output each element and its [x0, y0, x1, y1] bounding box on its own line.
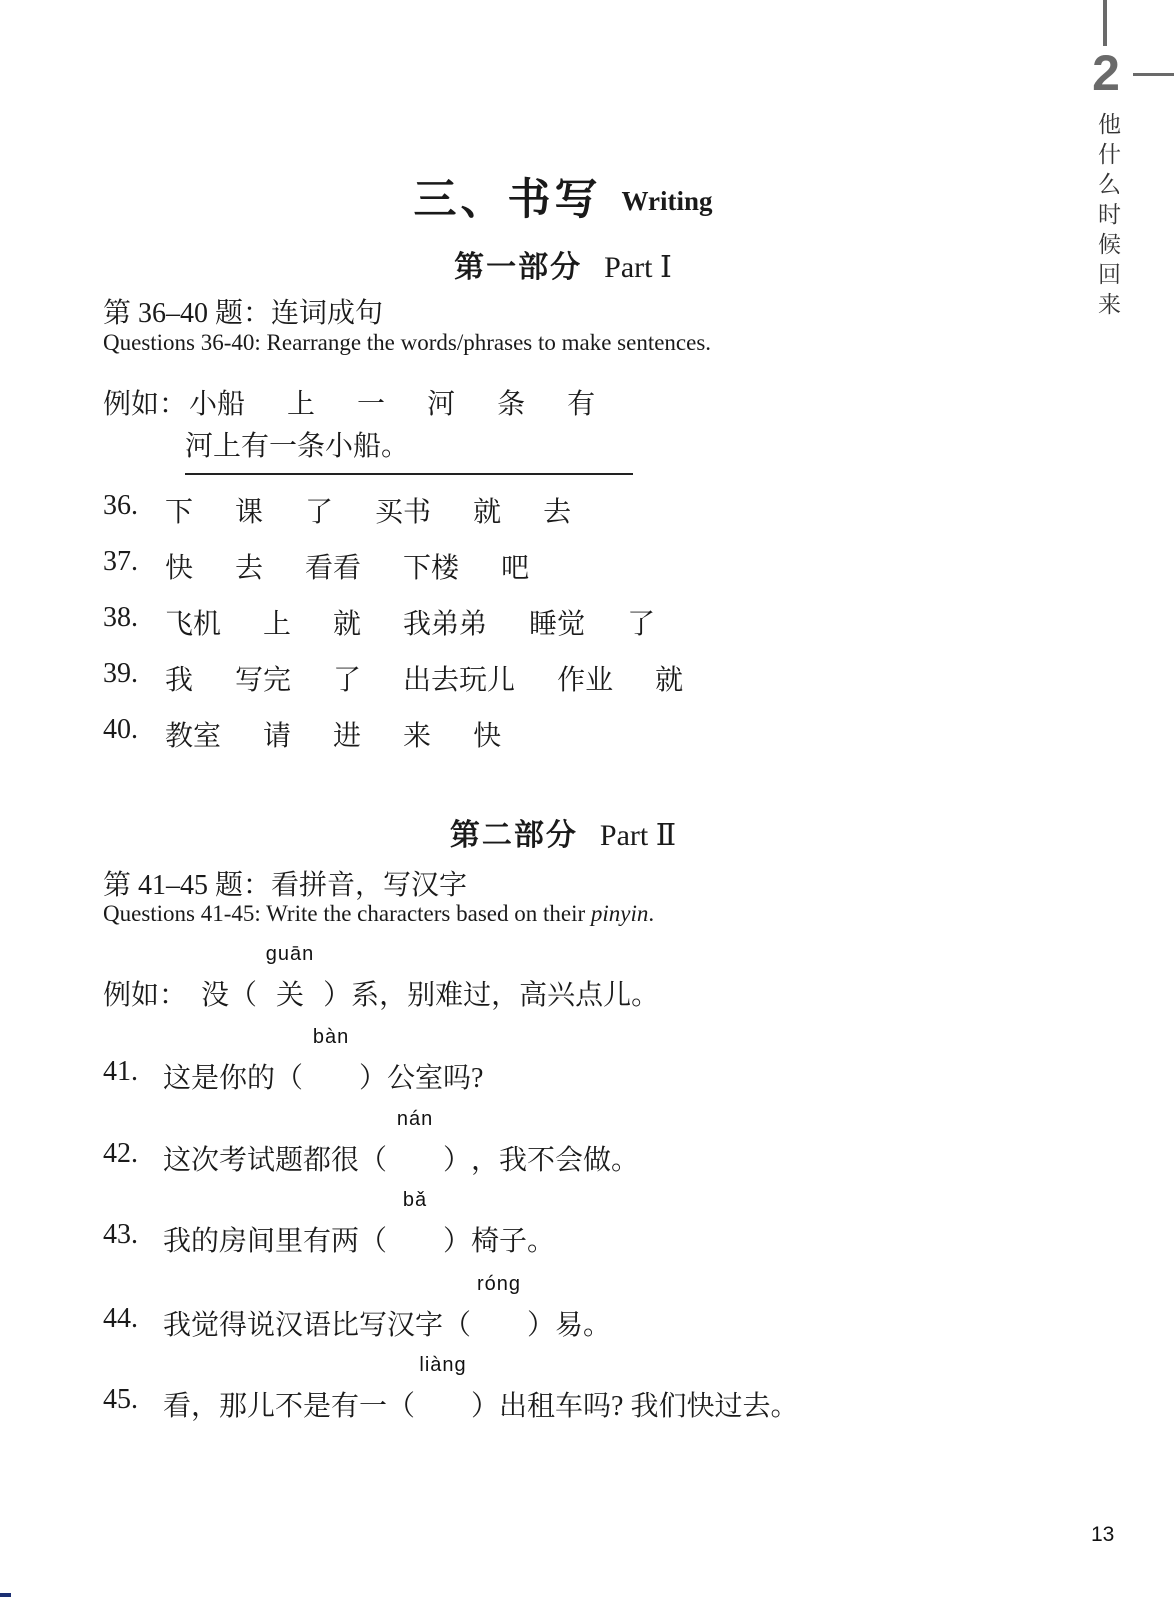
word: 买书	[375, 490, 431, 530]
word: 写完	[235, 658, 291, 698]
word: 去	[235, 546, 263, 586]
page-number: 13	[1091, 1523, 1114, 1547]
sentence-pre: 看，那儿不是有一	[163, 1391, 387, 1422]
word: 快	[165, 546, 193, 586]
part2-instruction-en: Questions 41-45: Write the characters ba…	[103, 901, 654, 927]
sentence-post: 椅子。	[471, 1226, 555, 1257]
question-number: 41.	[103, 1056, 163, 1088]
word: 条	[497, 382, 525, 422]
pinyin-hint: nán	[397, 1108, 433, 1131]
open-paren: （	[359, 1226, 387, 1257]
word: 有	[567, 382, 595, 422]
pinyin-hint: bǎ	[403, 1189, 427, 1212]
question-row: 42. 这次考试题都很nán（），我不会做。	[103, 1138, 639, 1178]
instruction-en-suffix: .	[648, 901, 654, 926]
question-sentence: 我觉得说汉语比写汉字róng（）易。	[163, 1303, 611, 1343]
word: 教室	[165, 714, 221, 754]
close-paren: ）	[527, 1310, 555, 1341]
pinyin-hint: guān	[266, 943, 315, 966]
question-number: 42.	[103, 1138, 163, 1170]
sentence-pre: 没	[201, 980, 229, 1011]
part1-instruction-cn: 第 36–40 题：连词成句	[103, 291, 383, 331]
section-title-cn: 三、书写	[413, 176, 601, 224]
question-row: 36. 下 课 了 买书 就 去	[103, 490, 571, 530]
close-paren: ）	[359, 1063, 387, 1094]
blank-parens: nán（）	[359, 1138, 471, 1178]
word: 看看	[305, 546, 361, 586]
blank-parens: guān（关）	[229, 973, 351, 1013]
word: 我	[165, 658, 193, 698]
example-label: 例如：	[103, 382, 187, 422]
sentence-post: 公室吗?	[387, 1063, 483, 1094]
word: 出去玩儿	[403, 658, 515, 698]
close-paren: ）	[323, 980, 351, 1011]
chapter-tab-vertical-rule	[1103, 0, 1107, 46]
blank-parens: bàn（）	[275, 1056, 387, 1096]
question-number: 44.	[103, 1303, 163, 1335]
word: 下	[165, 490, 193, 530]
word: 了	[333, 658, 361, 698]
word: 吧	[501, 546, 529, 586]
open-paren: （	[443, 1310, 471, 1341]
part2-example-row: 例如： 没guān（关）系，别难过，高兴点儿。	[103, 973, 659, 1013]
question-row: 41. 这是你的bàn（）公室吗?	[103, 1056, 483, 1096]
question-row: 37. 快 去 看看 下楼 吧	[103, 546, 529, 586]
word: 河	[427, 382, 455, 422]
sentence-pre: 我觉得说汉语比写汉字	[163, 1310, 443, 1341]
word: 课	[235, 490, 263, 530]
chapter-tab-dash-rule	[1133, 73, 1174, 76]
word: 飞机	[165, 602, 221, 642]
pinyin-hint: róng	[477, 1273, 521, 1296]
question-number: 43.	[103, 1219, 163, 1251]
part1-title: 第一部分Part Ⅰ	[103, 242, 1023, 286]
question-row: 43. 我的房间里有两bǎ（）椅子。	[103, 1219, 555, 1259]
blank-parens: liàng（）	[387, 1384, 499, 1424]
question-sentence: 看，那儿不是有一liàng（）出租车吗? 我们快过去。	[163, 1384, 798, 1424]
part2-title-en: Part Ⅱ	[600, 819, 676, 852]
question-row: 39. 我 写完 了 出去玩儿 作业 就	[103, 658, 683, 698]
question-number: 36.	[103, 490, 163, 522]
word-row: 飞机 上 就 我弟弟 睡觉 了	[165, 602, 655, 642]
word: 上	[287, 382, 315, 422]
open-paren: （	[275, 1063, 303, 1094]
word: 进	[333, 714, 361, 754]
word: 去	[543, 490, 571, 530]
open-paren: （	[229, 980, 257, 1011]
word: 作业	[557, 658, 613, 698]
chapter-vertical-title: 他什么时候回来	[1092, 112, 1125, 322]
blank-parens: róng（）	[443, 1303, 555, 1343]
example-answer-character: 关	[257, 973, 323, 1013]
word-row: 我 写完 了 出去玩儿 作业 就	[165, 658, 683, 698]
word: 就	[473, 490, 501, 530]
word: 上	[263, 602, 291, 642]
open-paren: （	[359, 1145, 387, 1176]
question-number: 39.	[103, 658, 163, 690]
close-paren: ）	[443, 1145, 471, 1176]
word: 快	[473, 714, 501, 754]
example-label: 例如：	[103, 973, 187, 1013]
question-sentence: 这是你的bàn（）公室吗?	[163, 1056, 483, 1096]
word-row: 教室 请 进 来 快	[165, 714, 501, 754]
part1-title-cn: 第一部分	[454, 251, 582, 284]
pinyin-hint: bàn	[313, 1026, 349, 1049]
close-paren: ）	[443, 1226, 471, 1257]
question-number: 45.	[103, 1384, 163, 1416]
word: 小船	[189, 382, 245, 422]
sentence-pre: 这次考试题都很	[163, 1145, 359, 1176]
example-sentence: 没guān（关）系，别难过，高兴点儿。	[201, 973, 659, 1013]
close-paren: ）	[471, 1391, 499, 1422]
open-paren: （	[387, 1391, 415, 1422]
part1-example-words-row: 例如： 小船 上 一 河 条 有	[103, 382, 595, 422]
word: 就	[655, 658, 683, 698]
question-number: 37.	[103, 546, 163, 578]
part1-example-answer: 河上有一条小船。	[185, 424, 633, 475]
word: 下楼	[403, 546, 459, 586]
word: 来	[403, 714, 431, 754]
textbook-page: 三、书写Writing 第一部分Part Ⅰ 第 36–40 题：连词成句 Qu…	[0, 0, 1176, 1606]
part1-title-en: Part Ⅰ	[604, 251, 672, 284]
part1-instruction-en: Questions 36-40: Rearrange the words/phr…	[103, 330, 711, 356]
example-word-row: 小船 上 一 河 条 有	[189, 382, 595, 422]
sentence-pre: 我的房间里有两	[163, 1226, 359, 1257]
sentence-post: ，我不会做。	[471, 1145, 639, 1176]
instruction-en-pinyin-word: pinyin	[591, 901, 649, 926]
question-row: 40. 教室 请 进 来 快	[103, 714, 501, 754]
question-sentence: 我的房间里有两bǎ（）椅子。	[163, 1219, 555, 1259]
word: 睡觉	[529, 602, 585, 642]
word: 了	[305, 490, 333, 530]
question-number: 40.	[103, 714, 163, 746]
sentence-pre: 这是你的	[163, 1063, 275, 1094]
section-title-en: Writing	[621, 186, 712, 216]
pinyin-hint: liàng	[419, 1354, 466, 1377]
question-row: 45. 看，那儿不是有一liàng（）出租车吗? 我们快过去。	[103, 1384, 798, 1424]
word: 一	[357, 382, 385, 422]
word-row: 下 课 了 买书 就 去	[165, 490, 571, 530]
word: 我弟弟	[403, 602, 487, 642]
blank-parens: bǎ（）	[359, 1219, 471, 1259]
question-row: 38. 飞机 上 就 我弟弟 睡觉 了	[103, 602, 655, 642]
word: 了	[627, 602, 655, 642]
instruction-en-prefix: Questions 41-45: Write the characters ba…	[103, 901, 591, 926]
question-row: 44. 我觉得说汉语比写汉字róng（）易。	[103, 1303, 611, 1343]
part2-instruction-cn: 第 41–45 题：看拼音，写汉字	[103, 863, 467, 903]
word: 请	[263, 714, 291, 754]
chapter-number: 2	[1089, 48, 1123, 98]
part2-title: 第二部分Part Ⅱ	[103, 810, 1023, 854]
sentence-post: 易。	[555, 1310, 611, 1341]
word: 就	[333, 602, 361, 642]
question-number: 38.	[103, 602, 163, 634]
scan-artifact-mark	[0, 1593, 11, 1597]
question-sentence: 这次考试题都很nán（），我不会做。	[163, 1138, 639, 1178]
part2-title-cn: 第二部分	[450, 819, 578, 852]
word-row: 快 去 看看 下楼 吧	[165, 546, 529, 586]
sentence-post: 系，别难过，高兴点儿。	[351, 980, 659, 1011]
section-title: 三、书写Writing	[103, 166, 1023, 227]
sentence-post: 出租车吗? 我们快过去。	[499, 1391, 798, 1422]
